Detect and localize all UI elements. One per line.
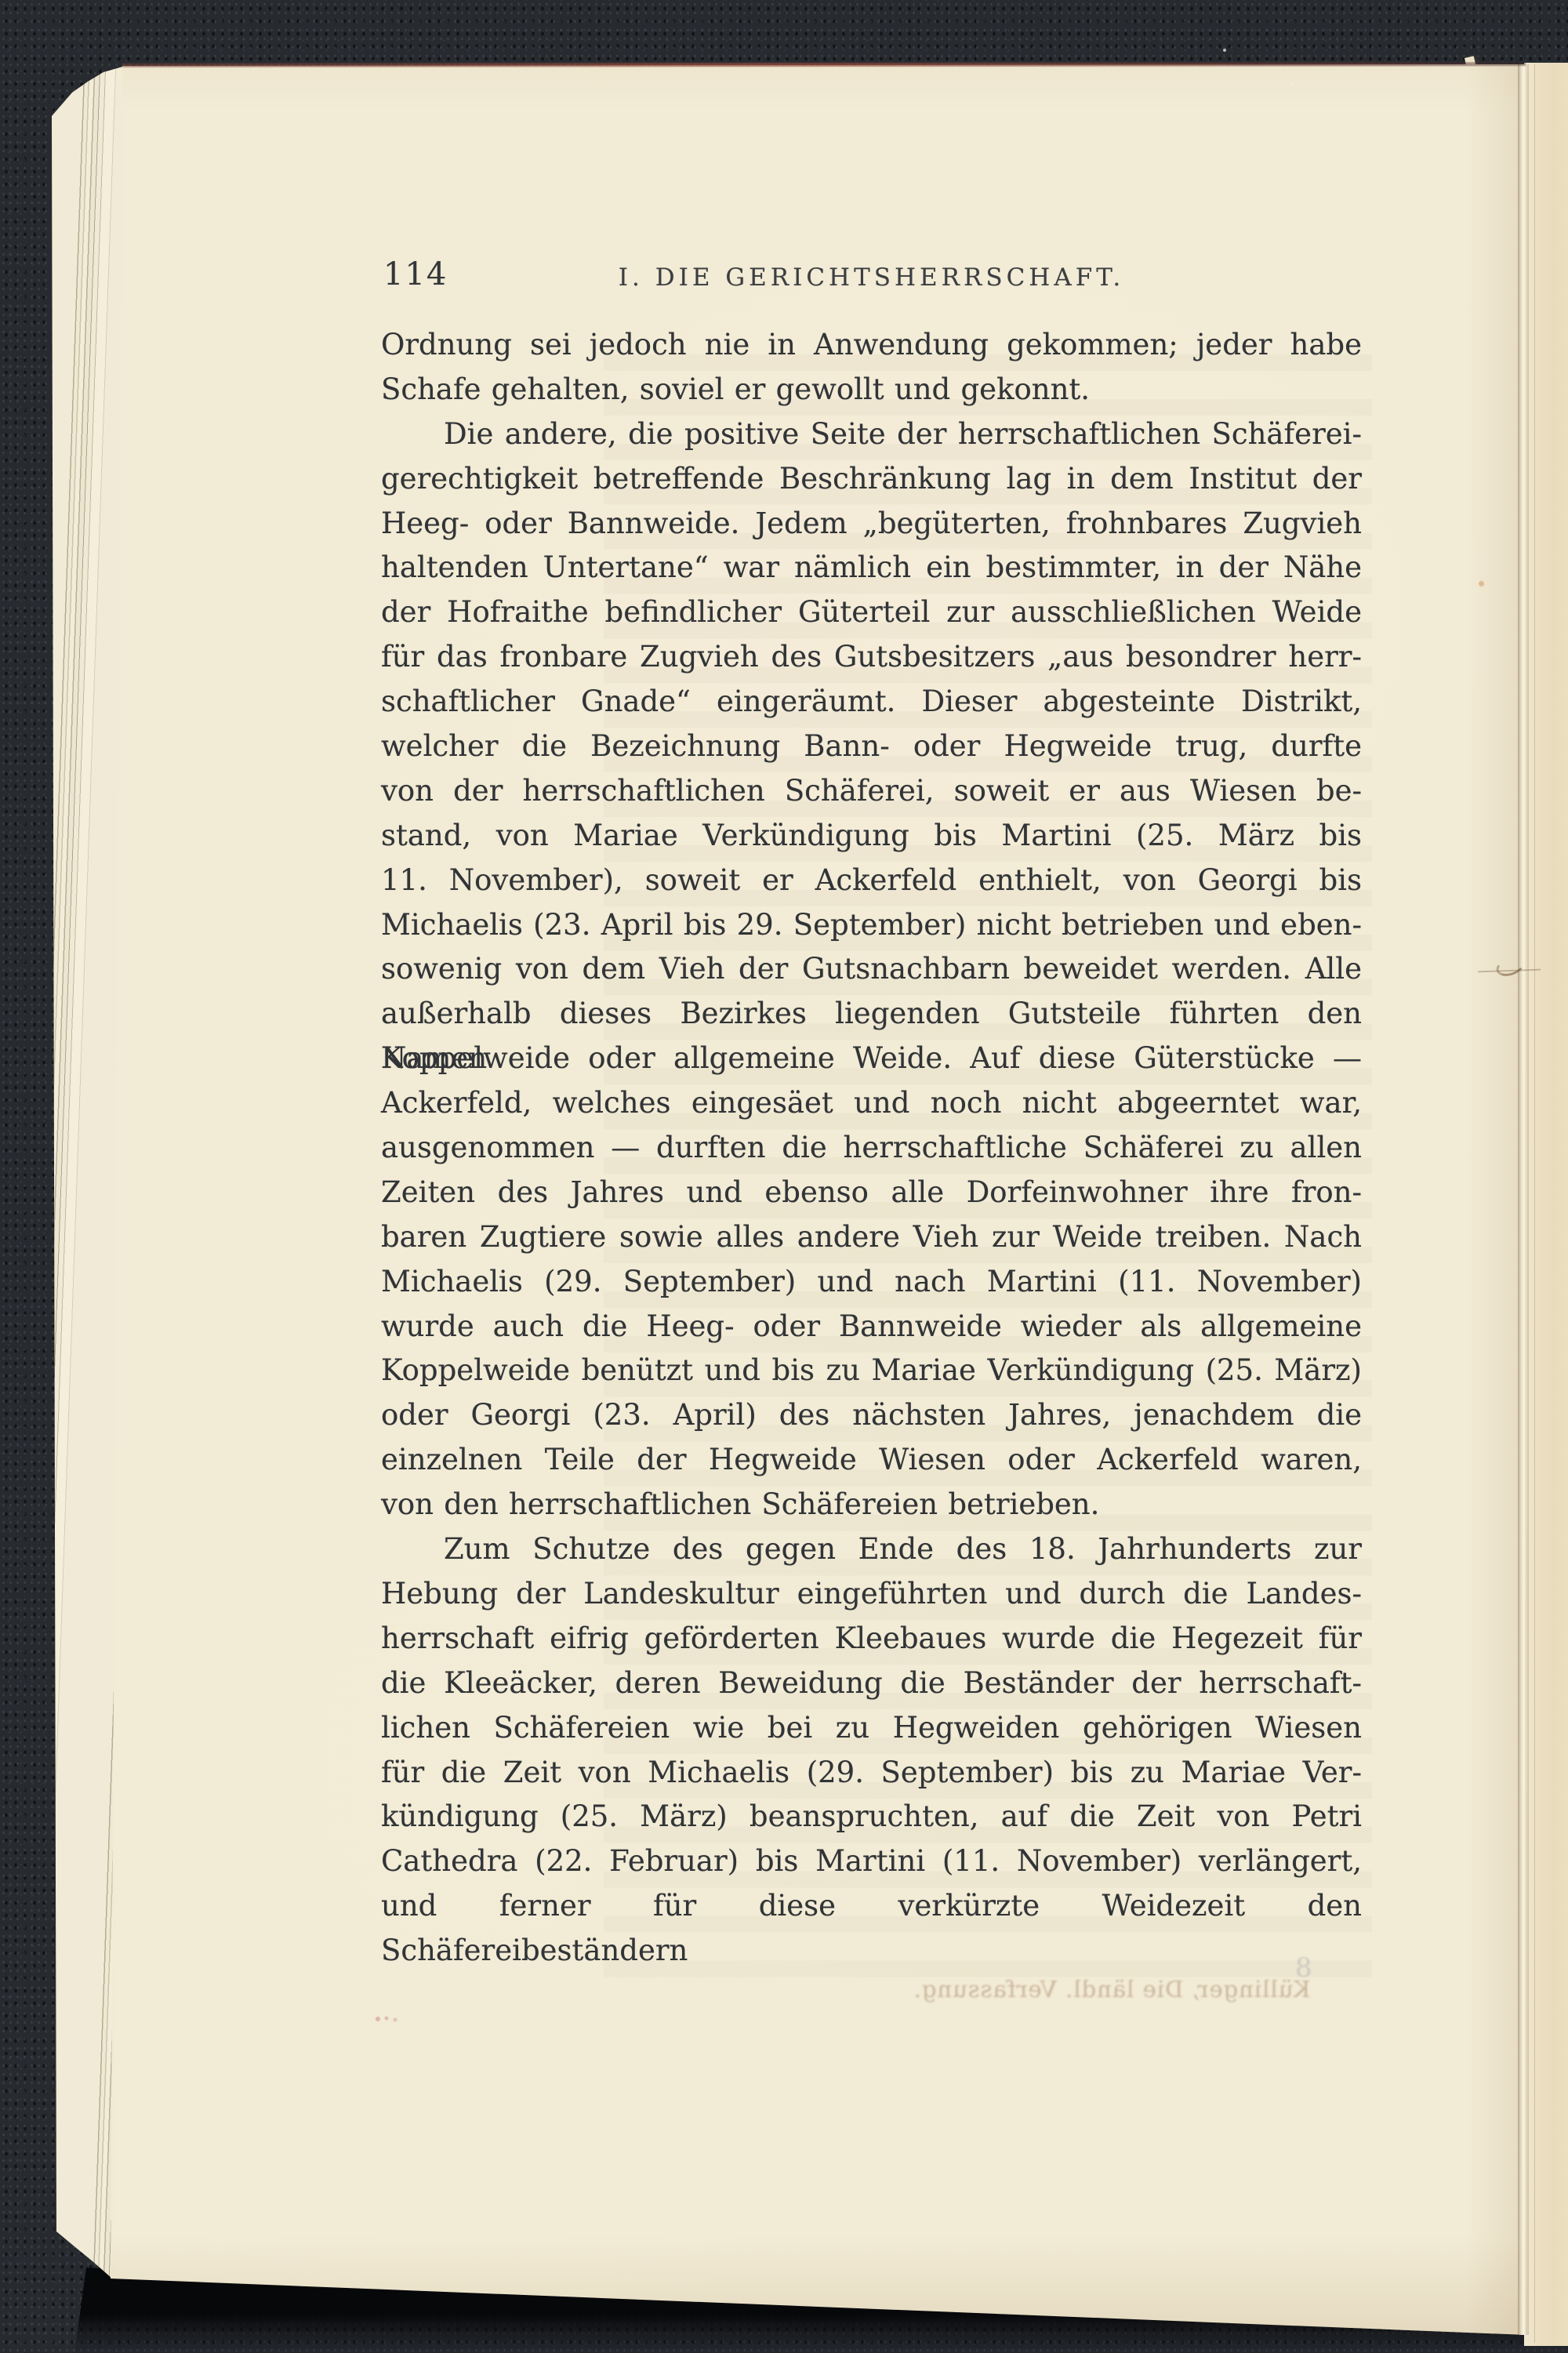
bleedthrough-signature-mark: 8 xyxy=(1295,1952,1312,1984)
text-line: einzelnen Teile der Hegweide Wiesen oder… xyxy=(381,1438,1362,1483)
text-line: der Hofraithe befindlicher Güterteil zur… xyxy=(381,590,1362,635)
dust-speck xyxy=(1290,83,1293,85)
text-line: herrschaft eifrig geförderten Kleebaues … xyxy=(381,1617,1362,1661)
text-line: Ordnung sei jedoch nie in Anwendung geko… xyxy=(381,323,1362,368)
text-line: wurde auch die Heeg- oder Bannweide wied… xyxy=(381,1305,1362,1349)
text-line: haltenden Untertane“ war nämlich ein bes… xyxy=(381,546,1362,590)
gutter-pen-mark xyxy=(1494,954,1526,979)
text-line: Michaelis (29. September) und nach Marti… xyxy=(381,1260,1362,1305)
text-line: Koppelweide oder allgemeine Weide. Auf d… xyxy=(381,1037,1362,1081)
dust-speck xyxy=(1325,154,1327,156)
text-line: von den herrschaftlichen Schäfereien bet… xyxy=(381,1483,1362,1527)
text-line: oder Georgi (23. April) des nächsten Jah… xyxy=(381,1393,1362,1438)
text-line: für das fronbare Zugvieh des Gutsbesitze… xyxy=(381,635,1362,680)
dust-speck xyxy=(1223,49,1226,52)
text-line: Koppelweide benützt und bis zu Mariae Ve… xyxy=(381,1349,1362,1393)
running-header: I. DIE GERICHTSHERRSCHAFT. xyxy=(381,263,1362,292)
text-line: welcher die Bezeichnung Bann- oder Hegwe… xyxy=(381,724,1362,769)
text-line: von der herrschaftlichen Schäferei, sowe… xyxy=(381,769,1362,814)
text-line: Die andere, die positive Seite der herrs… xyxy=(381,412,1362,457)
bleedthrough-imprint: Küllinger, Die ländl. Verfassung. xyxy=(884,1976,1339,2003)
text-line: außerhalb dieses Bezirkes liegenden Guts… xyxy=(381,992,1362,1037)
text-line: die Kleeäcker, deren Beweidung die Bestä… xyxy=(381,1661,1362,1706)
text-line: und ferner für diese verkürzte Weidezeit… xyxy=(381,1884,1362,1929)
text-line: sowenig von dem Vieh der Gutsnachbarn be… xyxy=(381,947,1362,992)
text-line: Zum Schutze des gegen Ende des 18. Jahrh… xyxy=(381,1527,1362,1572)
text-line: 11. November), soweit er Ackerfeld enthi… xyxy=(381,859,1362,903)
text-line: kündigung (25. März) beanspruchten, auf … xyxy=(381,1795,1362,1839)
text-line: Zeiten des Jahres und ebenso alle Dorfei… xyxy=(381,1171,1362,1215)
text-line: schaftlicher Gnade“ eingeräumt. Dieser a… xyxy=(381,680,1362,724)
text-line: gerechtigkeit betreffende Beschränkung l… xyxy=(381,457,1362,502)
text-line: Michaelis (23. April bis 29. September) … xyxy=(381,903,1362,948)
text-line: stand, von Mariae Verkündigung bis Marti… xyxy=(381,814,1362,859)
text-line: Hebung der Landeskultur eingeführten und… xyxy=(381,1572,1362,1617)
text-line: ausgenommen — durften die herrschaftlich… xyxy=(381,1126,1362,1171)
paper-freckle xyxy=(1479,581,1484,586)
text-line: Cathedra (22. Februar) bis Martini (11. … xyxy=(381,1839,1362,1884)
text-line: Schafe gehalten, soviel er gewollt und g… xyxy=(381,368,1362,412)
text-line: Heeg- oder Bannweide. Jedem „begüterten,… xyxy=(381,502,1362,546)
book-scan-scene: 114 I. DIE GERICHTSHERRSCHAFT. Ordnung s… xyxy=(0,0,1568,2353)
text-line: lichen Schäfereien wie bei zu Hegweiden … xyxy=(381,1706,1362,1751)
text-line: für die Zeit von Michaelis (29. Septembe… xyxy=(381,1751,1362,1796)
page-content: 114 I. DIE GERICHTSHERRSCHAFT. Ordnung s… xyxy=(0,0,1568,2353)
margin-ink-dots xyxy=(374,2014,402,2024)
text-line: Ackerfeld, welches eingesäet und noch ni… xyxy=(381,1081,1362,1126)
body-text: Ordnung sei jedoch nie in Anwendung geko… xyxy=(381,323,1362,1929)
text-line: baren Zugtiere sowie alles andere Vieh z… xyxy=(381,1215,1362,1260)
